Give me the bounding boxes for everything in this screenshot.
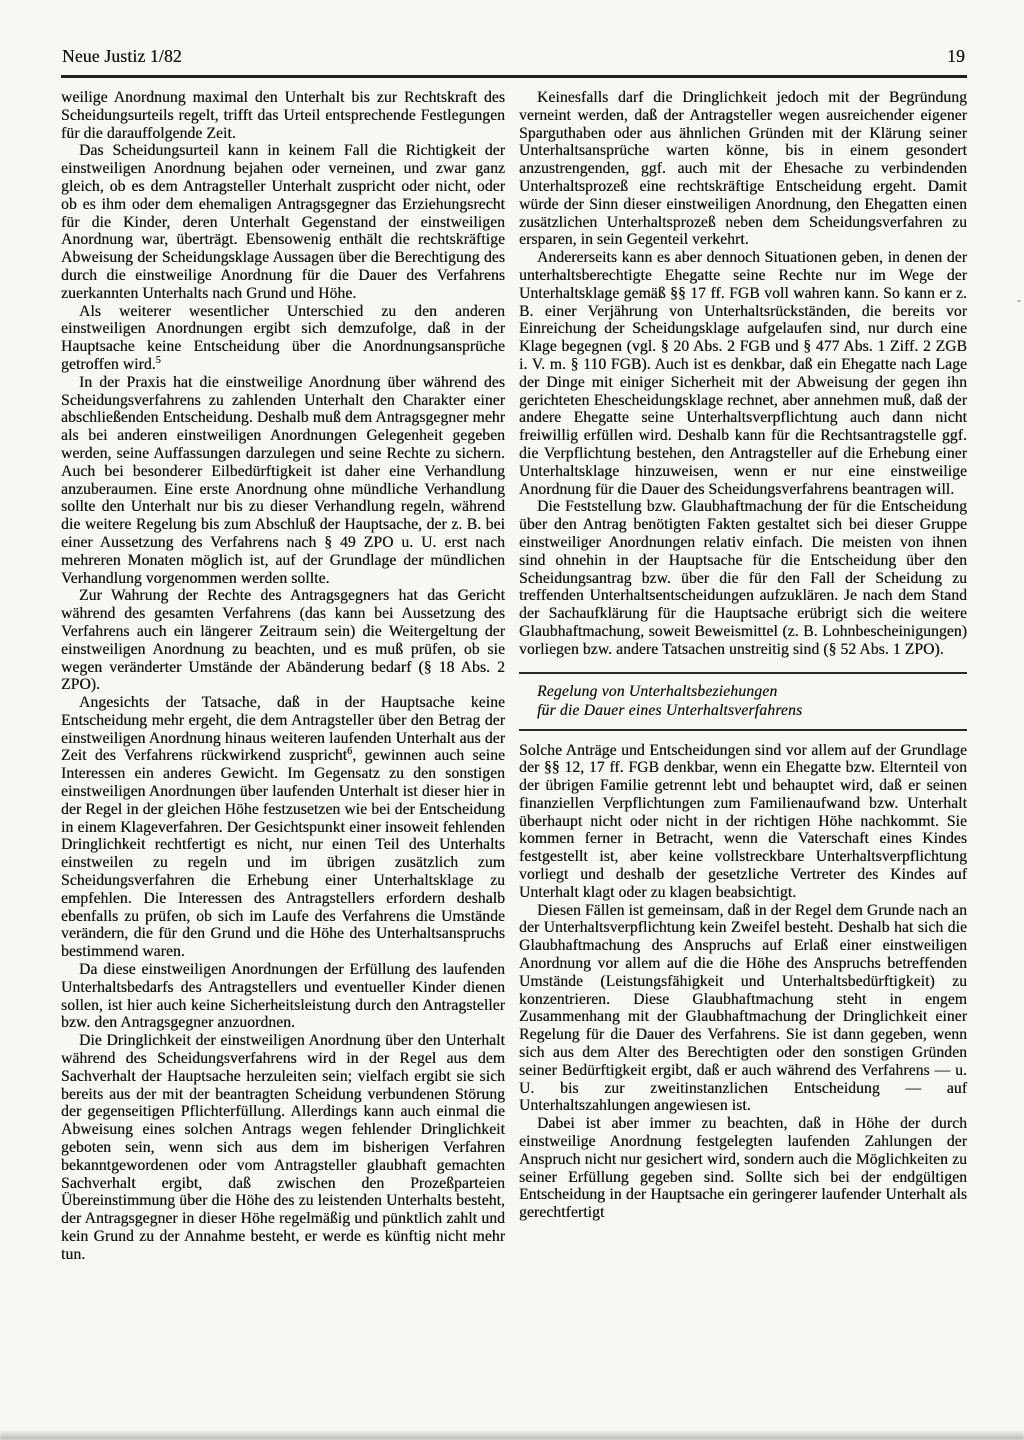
paragraph: Die Feststellung bzw. Glaubhaftmachung d… [519,498,967,658]
paragraph: Diesen Fällen ist gemeinsam, daß in der … [519,902,967,1116]
text-columns: weilige Anordnung maximal den Unterhalt … [61,89,967,1264]
paragraph: Da diese einstweiligen Anordnungen der E… [61,961,505,1032]
scanned-journal-page: Neue Justiz 1/82 19 weilige Anordnung ma… [0,0,1024,1440]
scan-shadow-artifact [0,1430,1024,1440]
right-column: Keinesfalls darf die Dringlichkeit jedoc… [519,89,967,1264]
footnote-ref-5: 5 [156,355,161,366]
paragraph: Zur Wahrung der Rechte des Antragsgegner… [61,587,505,694]
paragraph: Die Dringlichkeit der einstweiligen Anor… [61,1032,505,1263]
paragraph-text: , gewinnen auch seine Interessen ein and… [61,747,505,960]
section-heading-line-1: Regelung von Unterhaltsbeziehungen [519,682,967,701]
paragraph: Keinesfalls darf die Dringlichkeit jedoc… [519,89,967,249]
page-number: 19 [947,46,965,67]
paragraph: Als weiterer wesentlicher Unterschied zu… [61,303,505,374]
paragraph: Dabei ist aber immer zu beachten, daß in… [519,1115,967,1222]
left-column: weilige Anordnung maximal den Unterhalt … [61,89,505,1264]
paragraph-text: Als weiterer wesentlicher Unterschied zu… [61,303,505,373]
paragraph: In der Praxis hat die einstweilige Anord… [61,374,505,588]
paragraph: weilige Anordnung maximal den Unterhalt … [61,89,505,142]
journal-title: Neue Justiz 1/82 [62,46,182,67]
header-rule [61,75,967,78]
page-header: Neue Justiz 1/82 19 [61,46,967,67]
paragraph: Solche Anträge und Entscheidungen sind v… [519,742,967,902]
paragraph: Das Scheidungsurteil kann in keinem Fall… [61,142,505,302]
paragraph: Angesichts der Tatsache, daß in der Haup… [61,694,505,961]
section-heading-line-2: für die Dauer eines Unterhaltsverfahrens [519,701,967,720]
scan-speck-artifact [1017,300,1021,302]
section-heading: Regelung von Unterhaltsbeziehungen für d… [519,672,967,731]
paragraph: Andererseits kann es aber dennoch Situat… [519,249,967,498]
